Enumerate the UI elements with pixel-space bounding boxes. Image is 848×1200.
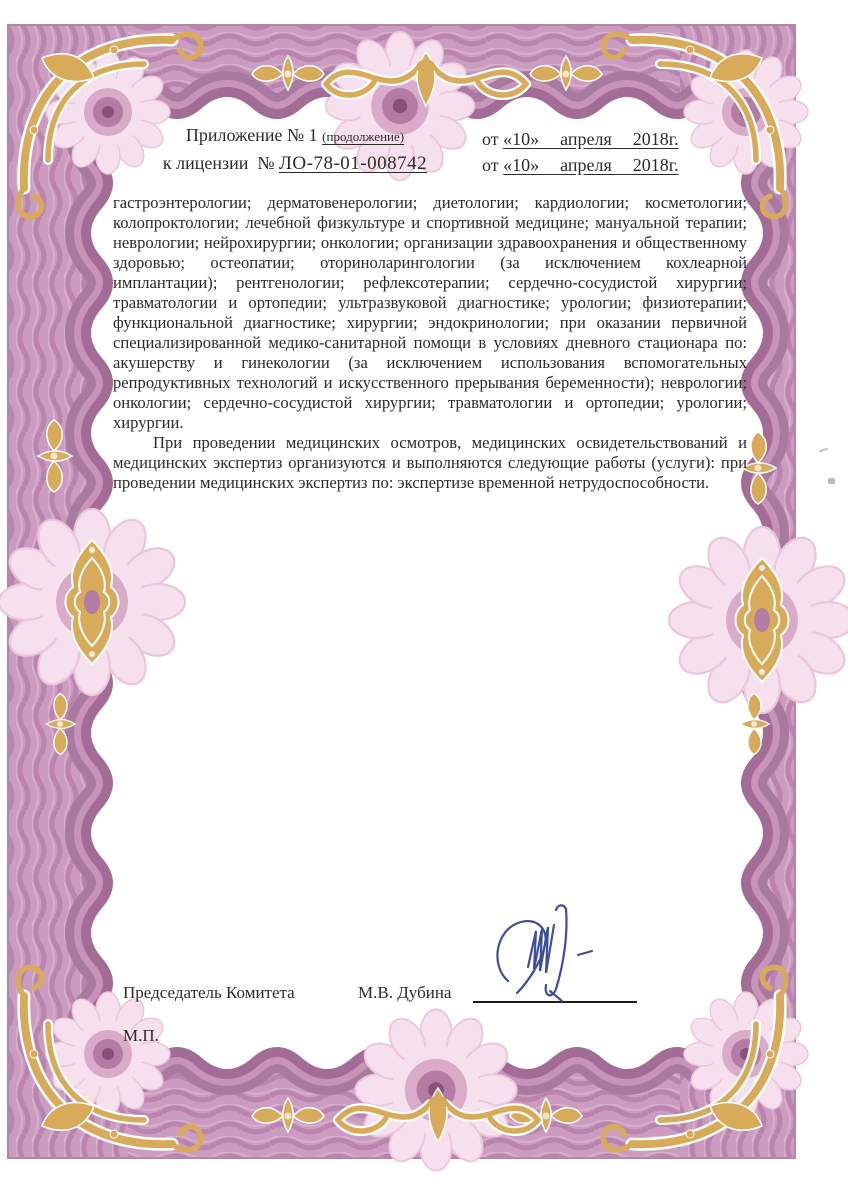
decorative-border — [0, 0, 848, 1200]
license-activities-text: гастроэнтерологии; дерматовенерологии; д… — [113, 193, 747, 493]
date-line-2: от «10» апреля 2018г. — [482, 152, 679, 178]
position-title: Председатель Комитета — [123, 983, 295, 1003]
date-header: от «10» апреля 2018г. от «10» апреля 201… — [482, 126, 679, 178]
signer-name: М.В. Дубина — [358, 983, 451, 1003]
date-prefix: от — [482, 155, 503, 175]
paragraph-expertise: При проведении медицинских осмотров, мед… — [113, 433, 747, 493]
date-prefix: от — [482, 129, 503, 149]
appendix-header: Приложение № 1 (продолжение) к лицензии … — [140, 122, 450, 177]
license-label: к лицензии № — [163, 153, 279, 173]
appendix-title: Приложение № 1 — [186, 125, 322, 145]
date-value: «10» апреля 2018г. — [503, 129, 679, 149]
license-number-line: к лицензии № ЛО-78-01-008742 — [140, 150, 450, 177]
signature-autograph — [492, 903, 622, 1005]
appendix-continuation-note: (продолжение) — [322, 129, 404, 144]
stamp-place-mark: М.П. — [123, 1026, 159, 1046]
license-number: ЛО-78-01-008742 — [279, 153, 427, 174]
paragraph-activities: гастроэнтерологии; дерматовенерологии; д… — [113, 193, 747, 433]
appendix-title-line: Приложение № 1 (продолжение) — [140, 122, 450, 150]
scan-smudge — [828, 478, 835, 484]
date-line-1: от «10» апреля 2018г. — [482, 126, 679, 152]
license-appendix-page: Приложение № 1 (продолжение) к лицензии … — [0, 0, 848, 1200]
date-value: «10» апреля 2018г. — [503, 155, 679, 175]
